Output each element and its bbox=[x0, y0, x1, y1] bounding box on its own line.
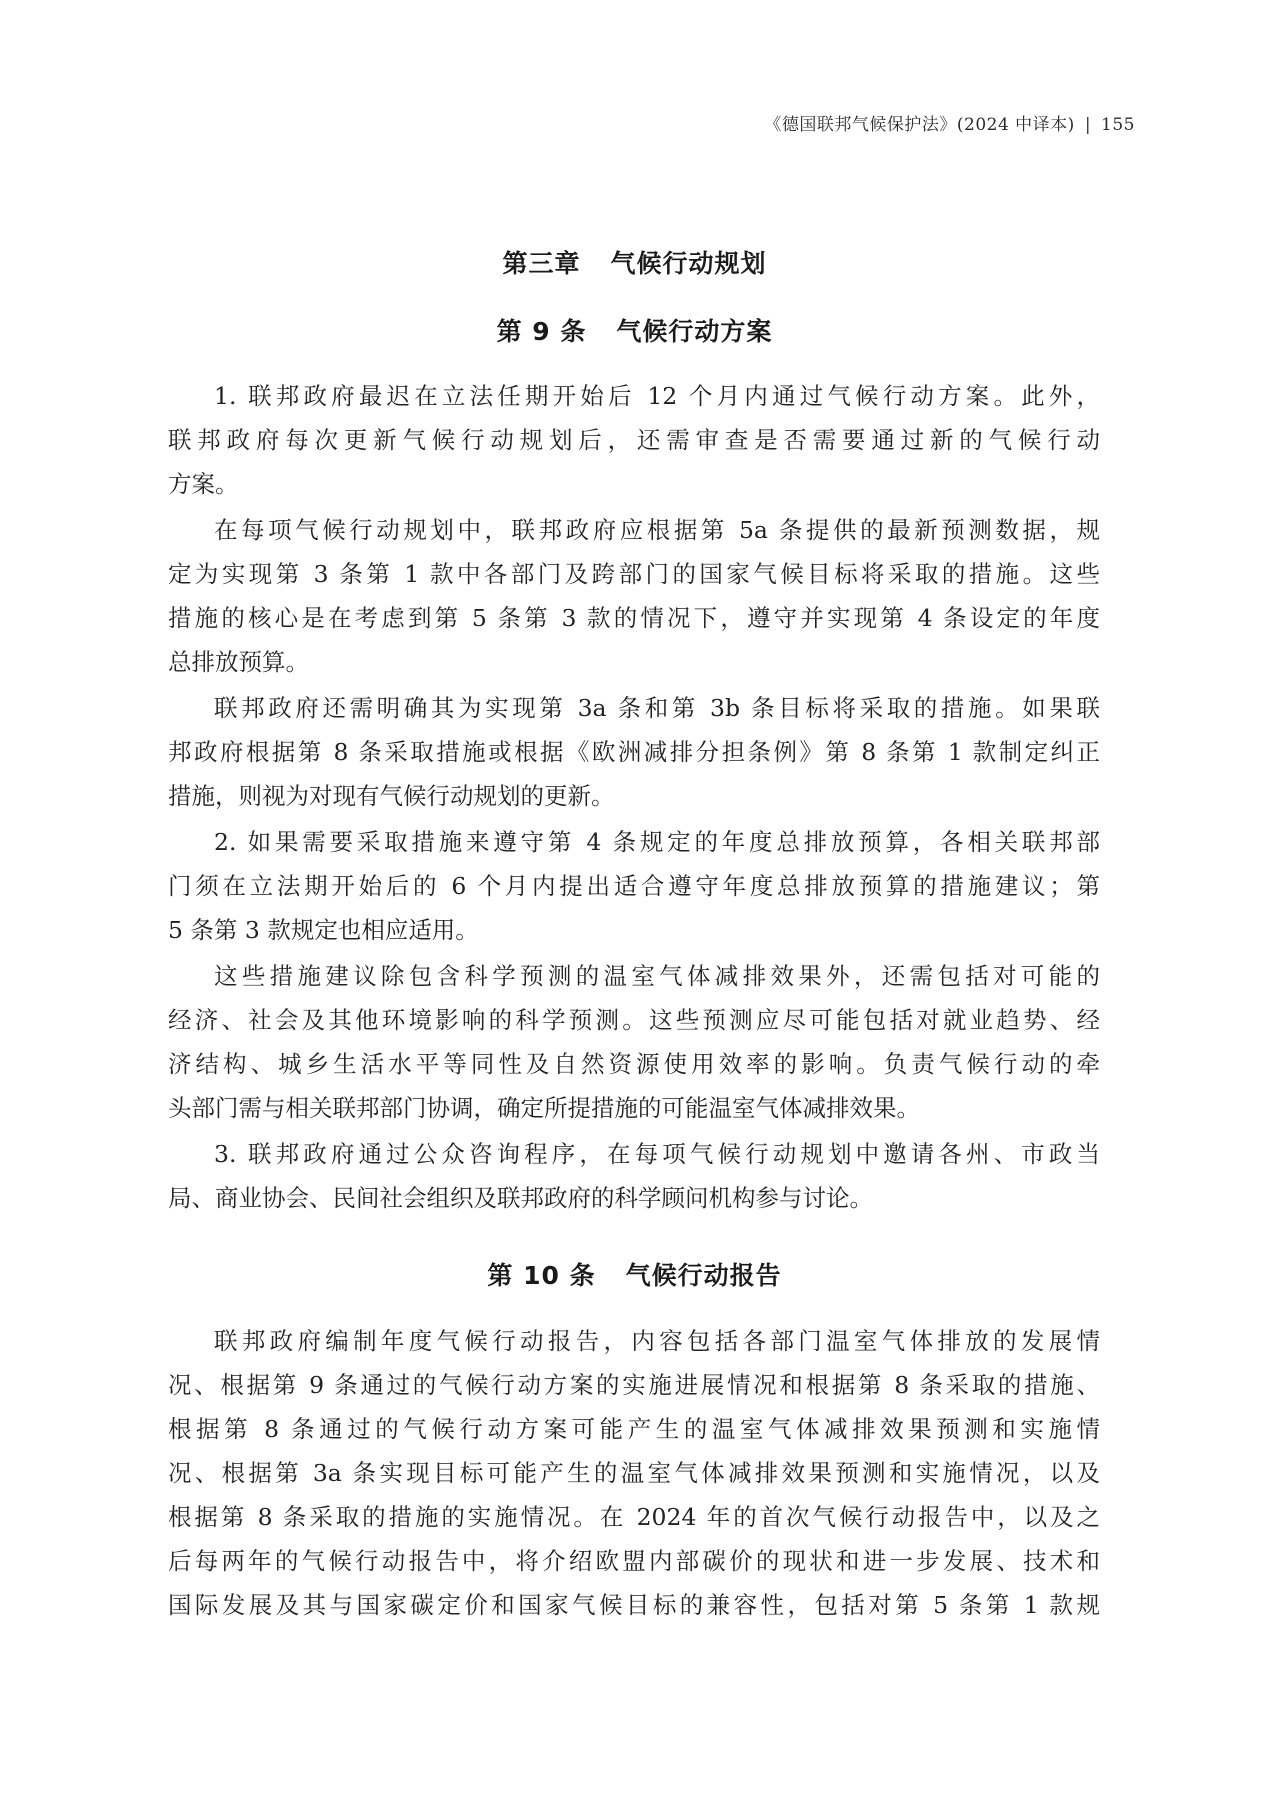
paragraph-line: 国际发展及其与国家碳定价和国家气候目标的兼容性，包括对第 5 条第 1 款规 bbox=[168, 1590, 1100, 1620]
paragraph-line: 局、商业协会、民间社会组织及联邦政府的科学顾问机构参与讨论。 bbox=[168, 1183, 1100, 1213]
paragraph-line: 根据第 8 条采取的措施的实施情况。在 2024 年的首次气候行动报告中，以及之 bbox=[168, 1502, 1100, 1532]
paragraph-line: 这些措施建议除包含科学预测的温室气体减排效果外，还需包括对可能的 bbox=[214, 961, 1100, 991]
article-name: 气候行动报告 bbox=[626, 1261, 782, 1290]
article-10-title: 第 10 条气候行动报告 bbox=[0, 1256, 1269, 1292]
paragraph-line: 门须在立法期开始后的 6 个月内提出适合遵守年度总排放预算的措施建议；第 bbox=[168, 871, 1100, 901]
paragraph-line: 3. 联邦政府通过公众咨询程序，在每项气候行动规划中邀请各州、市政当 bbox=[214, 1139, 1100, 1169]
chapter-title: 第三章气候行动规划 bbox=[0, 244, 1269, 280]
paragraph-line: 后每两年的气候行动报告中，将介绍欧盟内部碳价的现状和进一步发展、技术和 bbox=[168, 1546, 1100, 1576]
book-title: 《德国联邦气候保护法》(2024 中译本) bbox=[764, 115, 1074, 135]
paragraph-line: 头部门需与相关联邦部门协调，确定所提措施的可能温室气体减排效果。 bbox=[168, 1093, 1100, 1123]
paragraph-line: 2. 如果需要采取措施来遵守第 4 条规定的年度总排放预算，各相关联邦部 bbox=[214, 827, 1100, 857]
paragraph-line: 济结构、城乡生活水平等同性及自然资源使用效率的影响。负责气候行动的牵 bbox=[168, 1049, 1100, 1079]
paragraph-line: 邦政府根据第 8 条采取措施或根据《欧洲减排分担条例》第 8 条第 1 款制定纠… bbox=[168, 737, 1100, 767]
paragraph-line: 措施，则视为对现有气候行动规划的更新。 bbox=[168, 781, 1100, 811]
page-number: 155 bbox=[1101, 115, 1135, 135]
paragraph-line: 方案。 bbox=[168, 469, 1100, 499]
running-header: 《德国联邦气候保护法》(2024 中译本)|155 bbox=[764, 110, 1135, 135]
paragraph-line: 在每项气候行动规划中，联邦政府应根据第 5a 条提供的最新预测数据，规 bbox=[214, 515, 1100, 545]
paragraph-line: 联邦政府每次更新气候行动规划后，还需审查是否需要通过新的气候行动 bbox=[168, 425, 1100, 455]
article-9-title: 第 9 条气候行动方案 bbox=[0, 312, 1269, 348]
paragraph-line: 定为实现第 3 条第 1 款中各部门及跨部门的国家气候目标将采取的措施。这些 bbox=[168, 559, 1100, 589]
paragraph-line: 况、根据第 3a 条实现目标可能产生的温室气体减排效果预测和实施情况，以及 bbox=[168, 1458, 1100, 1488]
chapter-number: 第三章 bbox=[502, 249, 580, 278]
article-name: 气候行动方案 bbox=[616, 317, 772, 346]
paragraph-line: 措施的核心是在考虑到第 5 条第 3 款的情况下，遵守并实现第 4 条设定的年度 bbox=[168, 603, 1100, 633]
paragraph-line: 况、根据第 9 条通过的气候行动方案的实施进展情况和根据第 8 条采取的措施、 bbox=[168, 1370, 1100, 1400]
paragraph-line: 联邦政府还需明确其为实现第 3a 条和第 3b 条目标将采取的措施。如果联 bbox=[214, 693, 1100, 723]
chapter-name: 气候行动规划 bbox=[611, 249, 767, 278]
header-separator: | bbox=[1085, 115, 1091, 135]
paragraph-line: 总排放预算。 bbox=[168, 647, 1100, 677]
paragraph-line: 经济、社会及其他环境影响的科学预测。这些预测应尽可能包括对就业趋势、经 bbox=[168, 1005, 1100, 1035]
paragraph-line: 5 条第 3 款规定也相应适用。 bbox=[168, 915, 1100, 945]
paragraph-line: 根据第 8 条通过的气候行动方案可能产生的温室气体减排效果预测和实施情 bbox=[168, 1414, 1100, 1444]
paragraph-line: 联邦政府编制年度气候行动报告，内容包括各部门温室气体排放的发展情 bbox=[214, 1326, 1100, 1356]
paragraph-line: 1. 联邦政府最迟在立法任期开始后 12 个月内通过气候行动方案。此外， bbox=[214, 381, 1100, 411]
article-number: 第 10 条 bbox=[487, 1261, 595, 1290]
article-number: 第 9 条 bbox=[497, 317, 587, 346]
